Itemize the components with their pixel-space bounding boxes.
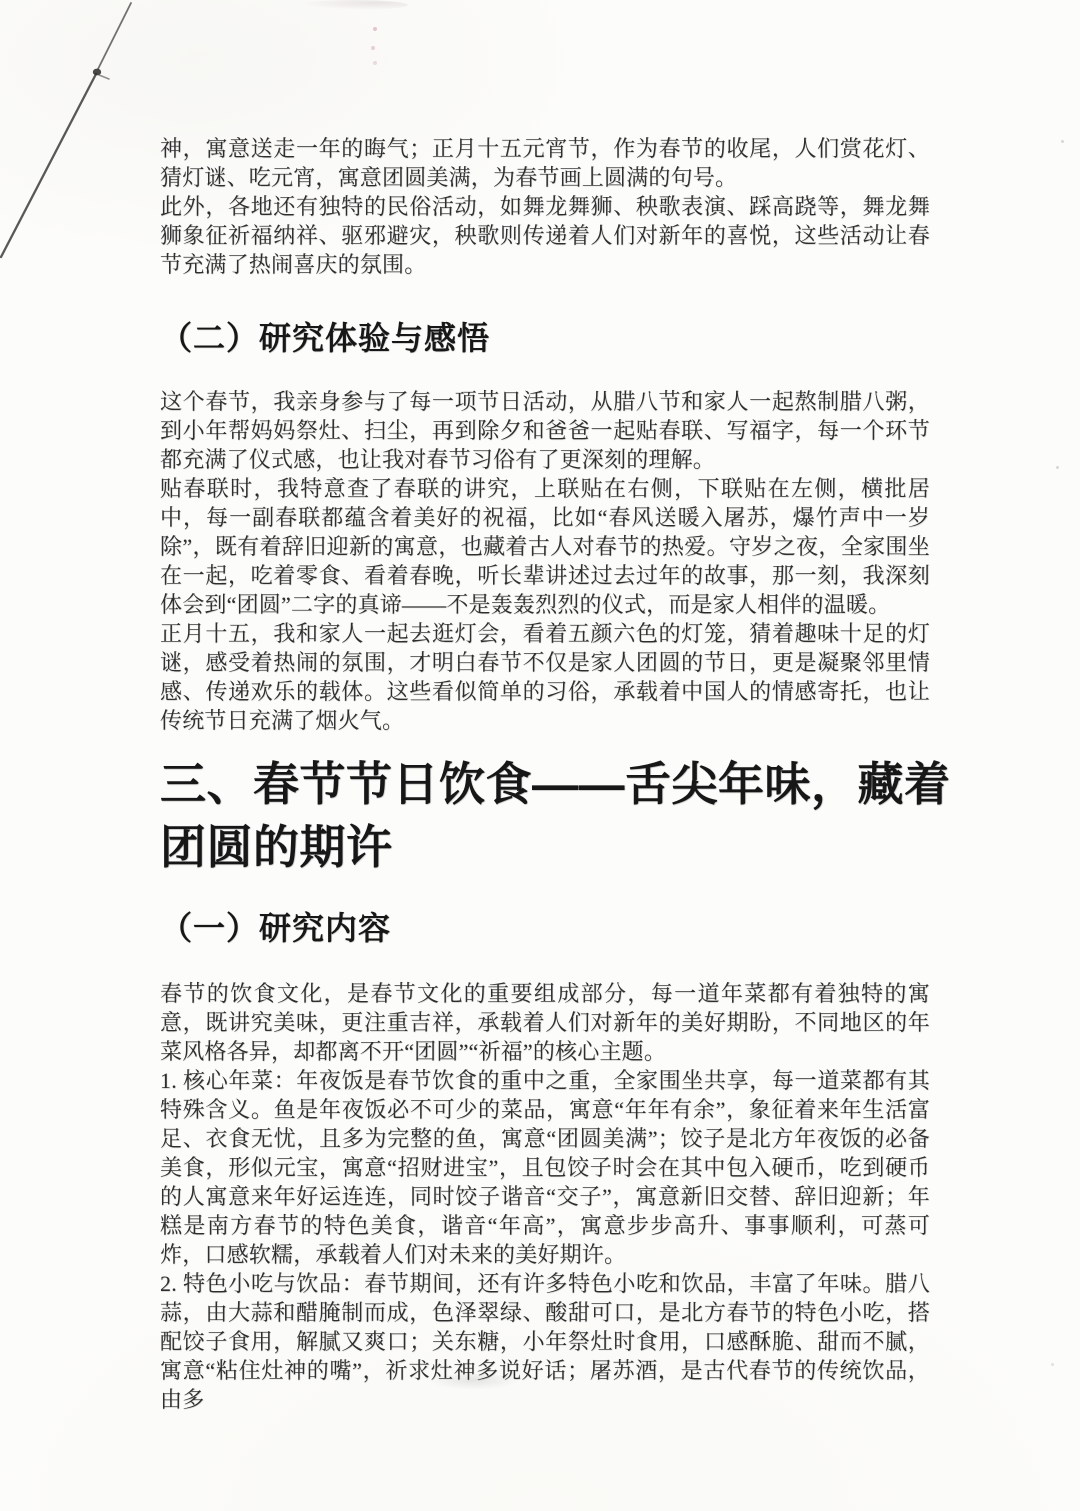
section-heading-research-content: （一）研究内容 bbox=[160, 903, 940, 949]
scan-ink-dot-artifact bbox=[373, 61, 377, 65]
body-text-block-customs: 神，寓意送走一年的晦气；正月十五元宵节，作为春节的收尾，人们赏花灯、猜灯谜、吃元… bbox=[160, 134, 930, 279]
paragraph-experience-lantern-fair: 正月十五，我和家人一起去逛灯会，看着五颜六色的灯笼，猜着趣味十足的灯谜，感受着热… bbox=[160, 619, 930, 735]
paragraph-folk-activities: 此外，各地还有独特的民俗活动，如舞龙舞狮、秧歌表演、踩高跷等，舞龙舞狮象征祈福纳… bbox=[160, 192, 930, 279]
scan-smudge-artifact bbox=[298, 0, 408, 10]
scan-speck-artifact bbox=[1061, 140, 1064, 143]
body-text-block-experience: 这个春节，我亲身参与了每一项节日活动，从腊八节和家人一起熬制腊八粥，到小年帮妈妈… bbox=[160, 387, 930, 735]
scan-ink-dot-artifact bbox=[371, 46, 375, 50]
body-text-block-food: 春节的饮食文化，是春节文化的重要组成部分，每一道年菜都有着独特的寓意，既讲究美味… bbox=[160, 979, 930, 1414]
scan-crease-artifact bbox=[0, 0, 145, 275]
paragraph-food-culture-intro: 春节的饮食文化，是春节文化的重要组成部分，每一道年菜都有着独特的寓意，既讲究美味… bbox=[160, 979, 930, 1066]
paragraph-experience-couplets: 贴春联时，我特意查了春联的讲究，上联贴在右侧，下联贴在左侧，横批居中，每一副春联… bbox=[160, 474, 930, 619]
scan-ink-dot-artifact bbox=[373, 27, 377, 31]
paragraph-experience-participation: 这个春节，我亲身参与了每一项节日活动，从腊八节和家人一起熬制腊八粥，到小年帮妈妈… bbox=[160, 387, 930, 474]
scanned-document-page: 神，寓意送走一年的晦气；正月十五元宵节，作为春节的收尾，人们赏花灯、猜灯谜、吃元… bbox=[0, 0, 1080, 1511]
paragraph-core-new-year-dishes: 1. 核心年菜：年夜饭是春节饮食的重中之重，全家围坐共享，每一道菜都有其特殊含义… bbox=[160, 1066, 930, 1269]
section-heading-research-experience: （二）研究体验与感悟 bbox=[160, 313, 940, 359]
paragraph-lantern-festival: 神，寓意送走一年的晦气；正月十五元宵节，作为春节的收尾，人们赏花灯、猜灯谜、吃元… bbox=[160, 134, 930, 192]
chapter-heading-festival-food: 三、春节节日饮食——舌尖年味，藏着团圆的期许 bbox=[160, 753, 966, 879]
paragraph-special-snacks-drinks: 2. 特色小吃与饮品：春节期间，还有许多特色小吃和饮品，丰富了年味。腊八蒜，由大… bbox=[160, 1269, 930, 1414]
scan-speck-artifact bbox=[1051, 1363, 1054, 1366]
scan-speck-artifact bbox=[1056, 466, 1059, 469]
